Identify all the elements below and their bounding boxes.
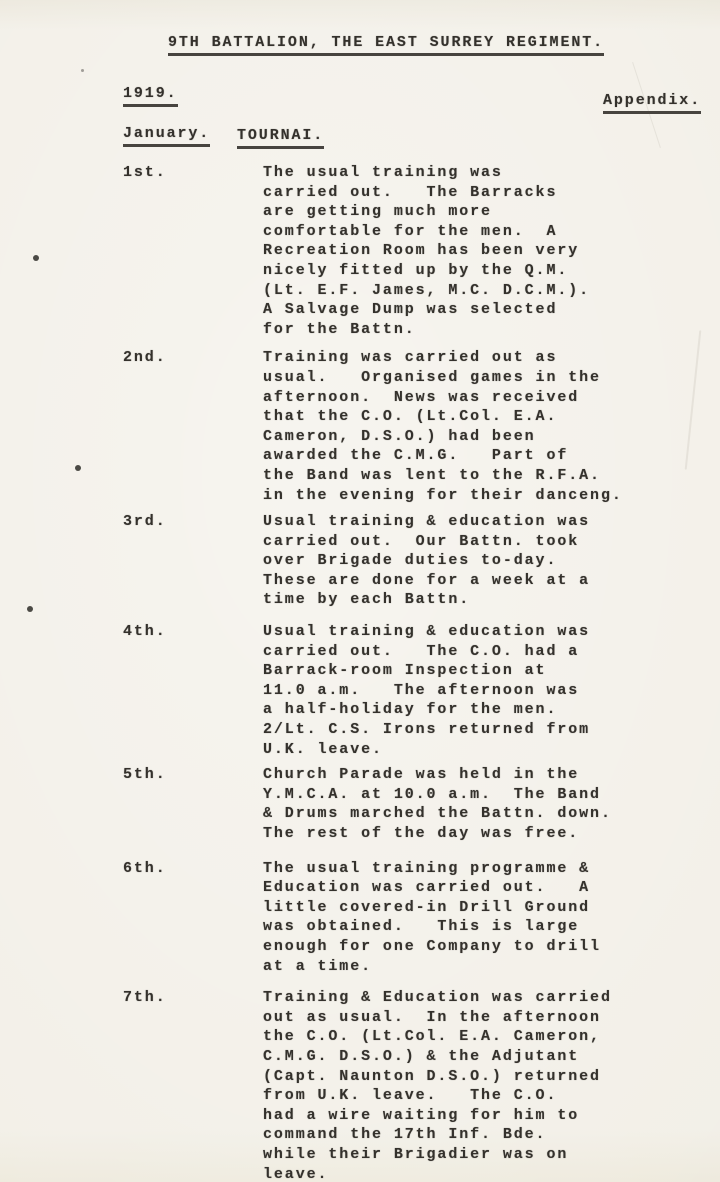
entry-date: 4th.	[123, 622, 263, 642]
entry-text: Training was carried out as usual. Organ…	[263, 348, 720, 505]
diary-entry: 4th. Usual training & education was carr…	[0, 622, 720, 759]
diary-entry: 5th. Church Parade was held in the Y.M.C…	[0, 765, 720, 843]
diary-entries: 1st. The usual training was carried out.…	[0, 163, 720, 1182]
diary-entry: 1st. The usual training was carried out.…	[0, 163, 720, 339]
entry-text: Usual training & education was carried o…	[263, 622, 720, 759]
entry-date: 2nd.	[123, 348, 263, 368]
diary-entry: 2nd. Training was carried out as usual. …	[0, 348, 720, 505]
scanned-diary-page: 9TH BATTALION, THE EAST SURREY REGIMENT.…	[0, 0, 720, 1182]
document-title: 9TH BATTALION, THE EAST SURREY REGIMENT.	[168, 34, 604, 56]
entry-date: 7th.	[123, 988, 263, 1008]
entry-text: Church Parade was held in the Y.M.C.A. a…	[263, 765, 720, 843]
ink-speck	[81, 69, 84, 72]
appendix-label: Appendix.	[603, 92, 701, 114]
diary-entry: 6th. The usual training programme & Educ…	[0, 859, 720, 977]
entry-text: The usual training was carried out. The …	[263, 163, 720, 339]
entry-date: 5th.	[123, 765, 263, 785]
location-heading: TOURNAI.	[237, 127, 324, 149]
entry-text: The usual training programme & Education…	[263, 859, 720, 977]
year-heading: 1919.	[123, 85, 178, 107]
month-heading: January.	[123, 125, 210, 147]
ink-speck	[27, 606, 33, 612]
entry-date: 3rd.	[123, 512, 263, 532]
ink-speck	[33, 255, 39, 261]
entry-date: 6th.	[123, 859, 263, 879]
ink-speck	[75, 465, 81, 471]
entry-text: Usual training & education was carried o…	[263, 512, 720, 610]
diary-entry: 3rd. Usual training & education was carr…	[0, 512, 720, 610]
entry-text: Training & Education was carried out as …	[263, 988, 720, 1182]
entry-date: 1st.	[123, 163, 263, 183]
diary-entry: 7th. Training & Education was carried ou…	[0, 988, 720, 1182]
